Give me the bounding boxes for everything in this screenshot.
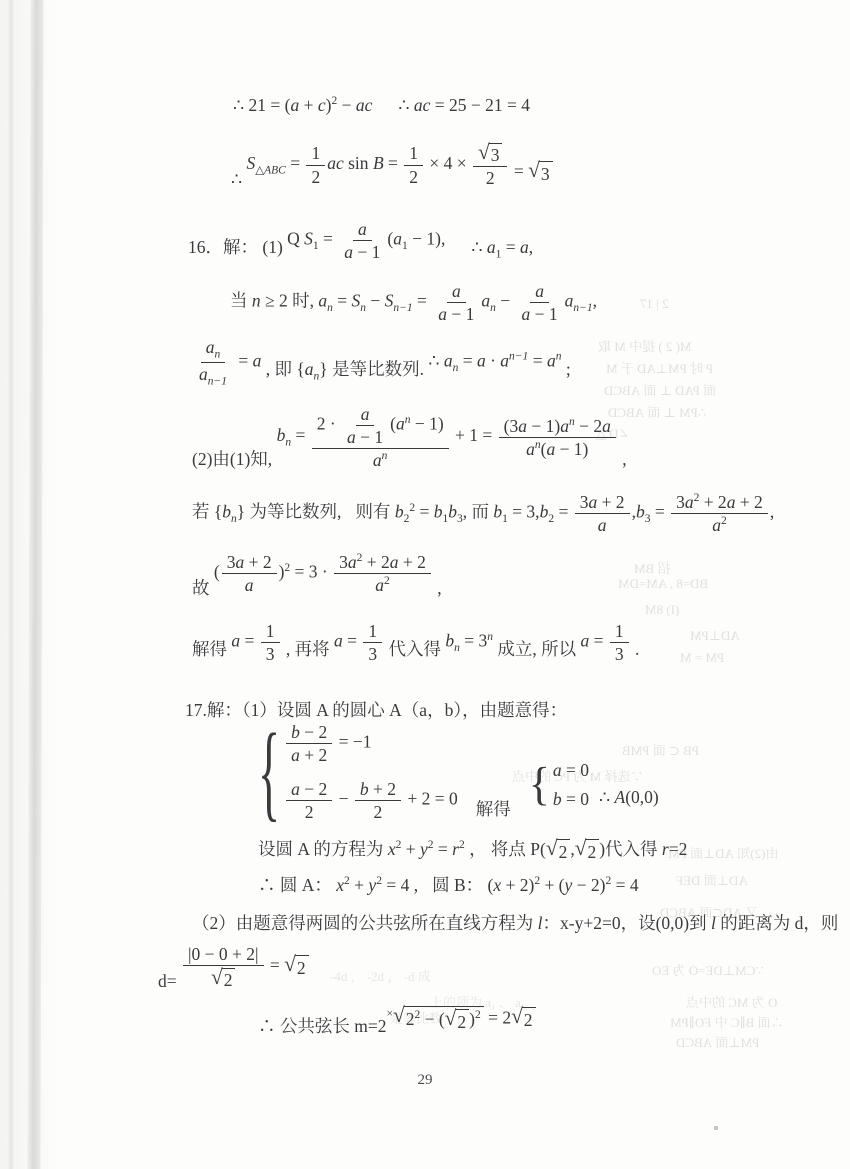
shifted-group: ∴ a1 = a, [471,236,533,261]
bleedthrough-text: PM = M [680,650,724,666]
formula-text: − 2 [300,779,327,799]
formula-variable: r [662,839,669,859]
fraction-denominator: 2 [306,166,325,187]
subscript: 2 [404,513,410,525]
radical-content: 3 [539,161,553,186]
cases-brace: { [258,718,280,826]
formula-variable: a [500,351,509,371]
formula-variable: r [452,839,459,859]
formula-variable: b [553,789,562,809]
formula-text: 故 [192,578,214,598]
formula-variable: a [546,439,555,459]
math-line: (2)由(1)知, bn = 2 · aa − 1(an − 1)an + 1 … [192,404,627,470]
cases-brace: { [529,762,550,808]
radical: √22 − (√2)2 [393,1006,484,1033]
cases-rows: b − 2a + 2 = −1a − 22 − b + 22 + 2 = 0 [284,722,458,823]
subscript: n−1 [393,302,412,314]
formula-text: 17.解：（1）设圆 A 的圆心 A（a，b），由题意得： [185,700,567,720]
fraction: anan−1 [194,337,232,388]
formula-text: , 即 { [261,359,304,379]
formula-text: 解得 [476,799,511,819]
formula-text: 3 [266,644,275,664]
formula-text: − 1) [527,416,560,436]
formula-text: + 2 [735,492,762,512]
formula-text: + 2 = 0 [403,789,458,809]
formula-text: 3 [676,492,685,512]
radical-sign: √ [445,1008,457,1029]
formula-text: 2 [587,842,596,862]
cases-row: a = 0 [553,759,589,782]
math-line: 16．解： (1) Q S1 = aa − 1(a1 − 1),∴ a1 = a… [188,219,533,262]
radical-sign: √ [478,142,490,163]
formula-text: （2）由题意得两圆的公共弦所在直线方程为 [192,913,538,933]
math-line: ∴ 21 = (a + c)2 − ac∴ ac = 25 − 21 = 4 [233,94,530,117]
formula-text: 3 [491,145,500,165]
bleedthrough-text: 招 BM [634,558,670,577]
bleedthrough-text: (I) 8M [645,602,679,618]
formula-text: + 2 [369,779,396,799]
formula-text: 2 [409,167,418,187]
formula-variable: b [445,631,454,651]
formula-text: + [350,875,369,895]
formula-variable: a [358,219,367,239]
formula-variable: a [444,351,453,371]
formula-variable: a [291,745,300,765]
formula-text: = [434,839,453,859]
cases-group: {b − 2a + 2 = −1a − 22 − b + 22 + 2 = 0 [258,722,458,823]
formula-text: 的距离为 d，则 [716,913,839,933]
fraction-numerator: 2 · aa − 1(an − 1) [312,404,449,449]
formula-text: + 2 [398,552,425,572]
formula-variable: A [614,787,625,807]
formula-text: ：x-y+2=0，设(0,0)到 [543,913,711,933]
fraction-numerator: √3 [473,142,507,167]
formula-text: ∴ [428,351,444,371]
subscript: n−1 [573,302,592,314]
formula-text: )代入得 [599,839,662,859]
formula-text: − 1) [555,439,588,459]
shifted-group: = √3 [509,160,552,185]
cases-group: {a = 0b = 0 [529,759,589,811]
fraction-numerator: a [356,404,375,426]
fraction-denominator: a [593,514,612,535]
formula-variable: a [560,416,569,436]
formula-text: 16．解： (1) [188,237,287,257]
formula-text: = 2 [484,1008,511,1028]
fraction-denominator: 3 [610,643,629,664]
formula-text: · [486,351,501,371]
formula-text: 2 [297,958,306,978]
radical: √2 [511,1007,535,1032]
formula-text: = [286,153,305,173]
fraction-denominator: 2 [404,166,423,187]
fraction-numerator: 1 [261,621,280,643]
formula-text: − [334,789,353,809]
formula-variable: b [395,502,404,522]
formula-text: 1 [368,621,377,641]
formula-text: = 3 · [290,562,332,582]
formula-text: × 4 × [425,153,471,173]
fraction-numerator: an [201,337,226,363]
formula-text: − ( [420,1009,444,1029]
superscript: n−1 [509,351,528,363]
formula-text: =2 [669,839,688,859]
formula-variable: a [535,281,544,301]
fraction-denominator: a2 [370,574,395,595]
radical-content: 2 [455,1009,469,1034]
formula-text: 2 [559,842,568,862]
formula-variable: a [361,404,370,424]
formula-text: = 25 − 21 = 4 [430,95,530,115]
superscript: 2 [384,575,390,587]
fraction: 12 [306,143,325,186]
group: 解得 [476,798,511,821]
formula-text: − [496,291,515,311]
shifted-group: ∴ 公共弦长 m=2 [258,1015,386,1038]
formula-text: , [529,237,533,257]
formula-variable: a [520,237,529,257]
math-line: d= |0 − 0 + 2|√2 = √2 [158,944,309,990]
fraction: aa − 1 [517,281,563,324]
math-line: ∴ 公共弦长 m=2×√22 − (√2)2 = 2√2 [258,1006,536,1033]
formula-text: 圆 B： ( [432,875,493,895]
formula-variable: b [448,502,457,522]
bleedthrough-text: AD⊥面 DEF [676,870,748,889]
formula-variable: S [351,291,360,311]
fraction-numerator: 1 [404,143,423,165]
math-line: 17.解：（1）设圆 A 的圆心 A（a，b），由题意得： [185,699,567,722]
formula-text: ∴ 圆 A： [258,875,336,895]
formula-text: − 1 [447,304,474,324]
formula-text: = 0 [562,760,589,780]
shifted-group: (2)由(1)知, [192,448,277,471]
radical-content: 2 [295,955,309,980]
formula-text: ∴ [231,169,247,189]
radical-content: 2 [222,968,236,990]
formula-variable: a [518,416,527,436]
formula-variable: ac [356,95,373,115]
fraction-denominator: a − 1 [339,241,385,262]
formula-variable: x [388,839,396,859]
formula-text: = 3 [460,631,487,651]
fraction-numerator: 3a2 + 2a + 2 [334,552,431,574]
formula-text: = [333,291,352,311]
formula-text: (0,0) [625,787,659,807]
formula-variable: b [540,502,549,522]
formula-variable: b [222,502,231,522]
formula-text: ∴ 公共弦长 m=2 [258,1016,386,1036]
subscript: △ABC [255,165,286,177]
fraction-denominator: 3 [261,643,280,664]
radical: √2 [211,968,235,990]
formula-variable: a [199,364,208,384]
formula-variable: a [588,492,597,512]
formula-variable: a [375,575,384,595]
formula-text: 3 [541,164,550,184]
radical-sign: √ [575,838,587,859]
math-line: ∴ S△ABC = 12ac sin B = 12 × 4 × √32 = √3 [231,142,553,188]
formula-variable: a [393,229,402,249]
formula-variable: y [420,839,428,859]
formula-text: (3 [504,416,519,436]
formula-variable: x [493,875,501,895]
formula-text: = [413,291,432,311]
shifted-group: ; [561,358,570,381]
scan-band [8,0,14,1169]
bleedthrough-text: P 时 PM⊥AD 于 M [606,358,713,377]
math-line: 故 (3a + 2a)2 = 3 · 3a2 + 2a + 2a2 , [192,552,442,595]
formula-variable: a [347,427,356,447]
formula-variable: a [396,414,405,434]
fraction: 2 · aa − 1(an − 1)an [312,404,449,470]
formula-text: − 2 [300,722,327,742]
formula-text: 2 [524,1010,533,1030]
formula-text: ( [214,562,220,582]
formula-text: 2 [305,802,314,822]
fraction: |0 − 0 + 2|√2 [183,944,264,990]
fraction-denominator: a2 [707,514,732,535]
formula-text: 代入得 [384,639,445,659]
formula-variable: n [252,291,261,311]
formula-text: − 1 [353,242,380,262]
formula-variable: a [452,281,461,301]
fraction: √32 [473,142,507,188]
shifted-group: , [618,448,627,471]
radical-content: 22 − (√2)2 [404,1006,484,1033]
formula-variable: ac [414,95,431,115]
fraction: 13 [363,621,382,664]
formula-text: 21 = ( [249,95,291,115]
shifted-group: d= [158,970,181,993]
formula-text: sin [344,153,373,173]
formula-text: = 3, [508,502,540,522]
shifted-group: 故 [192,577,214,600]
formula-text: 成立, 所以 [493,639,581,659]
fraction-numerator: a [353,219,372,241]
formula-variable: a [598,515,607,535]
fraction-denominator: an [368,449,393,470]
fraction-numerator: (3a − 1)an − 2a [499,416,616,438]
fraction-denominator: 2 [369,801,388,822]
bleedthrough-text: -4d ， -2d ， -d 成 [330,966,431,985]
bleedthrough-text: ∵CM⊥DE=O 为 EO [652,960,764,979]
formula-text: = [343,631,362,651]
bleedthrough-text: 2 | 17 [640,296,669,312]
formula-variable: a [318,291,327,311]
formula-text: |0 − 0 + 2| [188,944,259,964]
formula-text: 解得 [192,639,231,659]
shifted-group: , [433,577,442,600]
formula-text: 1 [311,143,320,163]
shifted-group: 解得 [192,638,231,661]
formula-variable: a [334,631,343,651]
fraction: 3a2 + 2a + 2a2 [334,552,431,595]
formula-text: d= [158,971,181,991]
fraction-numerator: 3a + 2 [222,552,277,574]
formula-text: = 0 [562,789,589,809]
page-number: 29 [0,1072,850,1089]
shifted-group: ∴ [231,168,247,191]
fraction-denominator: 2 [481,167,500,188]
formula-text: + 2 [300,745,327,765]
formula-text: 则有 [355,502,394,522]
formula-text: ≥ 2 时, [261,291,319,311]
fraction: aa − 1 [339,219,385,262]
formula-text: 2 [457,1012,466,1032]
formula-text: − 2 [575,416,602,436]
formula-text: = [291,425,310,445]
bleedthrough-text: M( 2 ) 提中 M 取 [598,336,692,355]
formula-text: 2 [311,167,320,187]
formula-text: − 1) [410,414,443,434]
fraction-denominator: an−1 [194,363,232,388]
formula-text: (2)由(1)知, [192,449,277,469]
formula-text: + 2 [699,492,726,512]
fraction-denominator: a [240,574,259,595]
bleedthrough-text: PM⊥面 ABCD [676,1032,759,1051]
formula-text: = [384,153,403,173]
radical: √2 [445,1009,469,1034]
superscript: n [382,450,388,462]
fraction-denominator: √2 [206,966,240,990]
radical: √2 [575,839,599,864]
fraction: (3a − 1)an − 2aan(a − 1) [499,416,616,459]
formula-text: 2 · [317,414,340,434]
formula-text: − 1 [530,304,557,324]
formula-text: ; [561,359,570,379]
formula-text: } 为等比数列, [237,502,342,522]
formula-variable: a [602,416,611,436]
formula-text: , [618,449,627,469]
fraction-denominator: a − 1 [433,303,479,324]
formula-text: = [650,502,669,522]
formula-text: = [234,351,253,371]
formula-variable: a [487,237,496,257]
shifted-group: 16．解： (1) [188,236,287,259]
formula-text: Q [287,229,304,249]
group: ∴ A(0,0) [599,786,659,809]
formula-variable: b [493,502,502,522]
fraction: a − 22 [286,779,332,822]
formula-variable: b [636,502,645,522]
formula-text: . [631,639,640,659]
formula-text: , [770,502,774,522]
formula-text: − 1 [356,427,383,447]
formula-variable: a [712,515,721,535]
fraction: aa − 1 [342,404,388,447]
formula-variable: a [305,359,314,379]
fraction-denominator: a − 1 [517,303,563,324]
fraction-denominator: an(a − 1) [521,438,593,459]
math-line: 当 n ≥ 2 时, an = Sn − Sn−1 = aa − 1an − a… [230,281,597,324]
formula-text: = [458,351,477,371]
formula-text: − 2) [572,875,605,895]
radical: √2 [284,955,308,980]
formula-variable: B [373,153,384,173]
formula-variable: a [477,351,486,371]
formula-text: , 再将 [282,639,335,659]
radical-sign: √ [546,838,558,859]
shifted-group: , 再将 [282,638,335,661]
formula-text: } 是等比数列. [319,359,428,379]
math-line: 解得 a = 13 , 再将 a = 13 代入得 bn = 3n 成立, 所以… [192,621,639,664]
formula-text: = [501,237,520,257]
formula-variable: a [685,492,694,512]
fraction-numerator: b − 2 [286,722,332,744]
formula-variable: a [245,575,254,595]
formula-text: + 1 = [451,425,497,445]
radical-content: 2 [522,1007,536,1032]
shifted-group: 代入得 [384,638,445,661]
formula-text: = −1 [334,732,371,752]
formula-variable: a [522,304,531,324]
formula-text: = [509,161,528,181]
fraction-numerator: 1 [306,143,325,165]
formula-variable: a [581,631,590,651]
formula-variable: ac [327,153,344,173]
formula-text: = [415,502,434,522]
formula-text: 2 [224,970,233,990]
formula-text: = [266,955,285,975]
formula-text: ∴ [233,95,249,115]
cases-row: b − 2a + 2 = −1 [284,722,458,765]
formula-text: , 而 [463,502,494,522]
formula-text: + 2 [597,492,624,512]
formula-text: ， 将点 P( [465,839,546,859]
subscript: n−1 [208,376,227,388]
formula-text: 设圆 A 的方程为 [258,839,388,859]
formula-text: − 1), [408,229,446,249]
formula-text: 3 [368,644,377,664]
superscript: 2 [721,515,727,527]
fraction: 13 [610,621,629,664]
formula-text: = [589,631,608,651]
radical-sign: √ [511,1006,523,1027]
radical-sign: √ [284,954,296,975]
formula-variable: S [247,153,256,173]
formula-text: 3 [339,552,348,572]
scanned-page: 2 | 17M( 2 ) 提中 M 取P 时 PM⊥AD 于 M面 PAD ⊥ … [0,0,850,1169]
math-line: ∴ 圆 A： x2 + y2 = 4 ,圆 B： (x + 2)2 + (y −… [258,874,639,897]
formula-text: , [593,291,597,311]
formula-text: 2 [486,168,495,188]
radical-sign: √ [528,160,540,181]
formula-variable: S [304,229,313,249]
subscript: n [215,349,221,361]
formula-text: + 2 [244,552,271,572]
formula-variable: a [291,779,300,799]
formula-text: ∴ [599,787,615,807]
fraction-denominator: a − 1 [342,426,388,447]
formula-text: 1 [409,143,418,163]
formula-text: + 2) [501,875,534,895]
formula-text: = [240,631,259,651]
formula-variable: a [481,291,490,311]
fraction-numerator: a [447,281,466,303]
formula-variable: b [291,722,300,742]
formula-text: = [528,351,547,371]
bleedthrough-text: O 为 MC 的中点 [686,992,777,1011]
bleedthrough-text: BD=8 , AM=DM [618,576,708,592]
radical: √3 [528,161,552,186]
formula-variable: a [253,351,262,371]
fraction-numerator: a − 2 [286,779,332,801]
formula-variable: a [373,450,382,470]
formula-text: , [433,578,442,598]
formula-variable: x [336,875,344,895]
radical: √3 [478,143,502,165]
fraction: b + 22 [355,779,401,822]
